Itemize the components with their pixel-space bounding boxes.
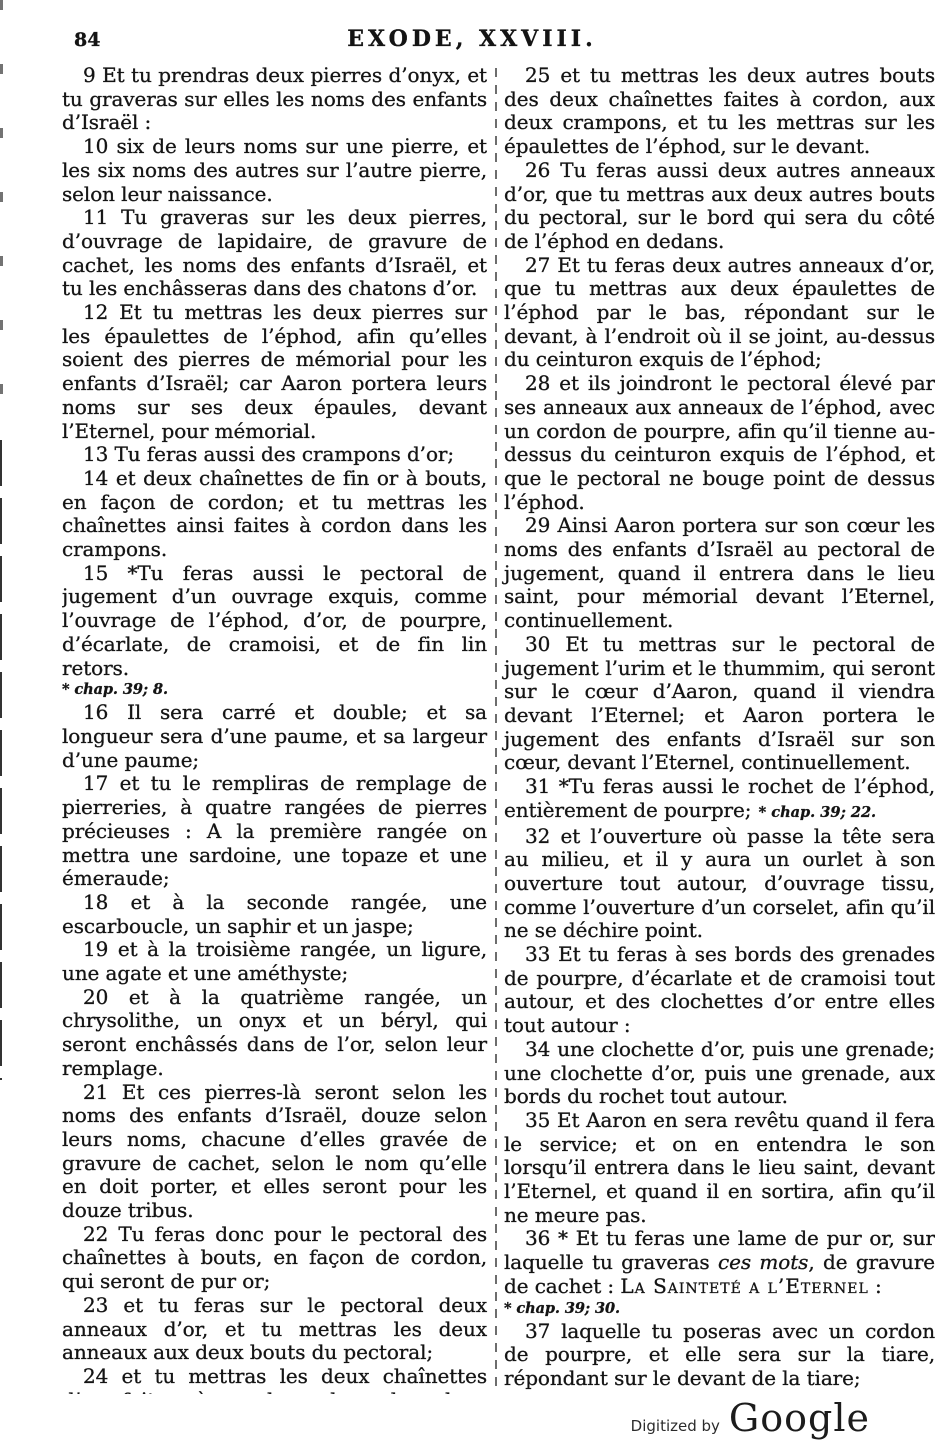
digitized-footer: Digitized by Google [631,1399,870,1437]
verse-number: 23 [83,1293,108,1317]
verse-number: 31 [525,774,550,798]
verse-number: 26 [525,158,550,182]
verse-number: 14 [83,466,108,490]
book-page: 84 EXODE, XXVIII. 9 Et tu prendras deux … [0,0,944,1447]
scan-edge-artifact-top [0,0,3,440]
digitized-by-label: Digitized by [631,1417,720,1435]
verse-text: ces mots [718,1250,808,1274]
verse-37: 37 laquelle tu poseras avec un cordon de… [504,1320,935,1391]
verse-number: 37 [525,1319,550,1343]
verse-21: 21 Et ces pierres-là seront selon les no… [62,1081,487,1223]
verse-16: 16 Il sera carré et double; et sa longue… [62,701,487,772]
verse-number: 30 [525,632,550,656]
verse-number: 19 [83,937,108,961]
verse-number: 35 [525,1108,550,1132]
verse-text: Et tu mettras les deux pierres sur les é… [62,300,487,443]
verse-number: 36 [525,1226,550,1250]
verse-text: Tu feras donc pour le pectoral des chaîn… [62,1222,487,1293]
verse-text: et à la troisième rangée, un ligure, une… [62,937,487,985]
verse-text: Et Aaron en sera revêtu quand il fera le… [504,1108,935,1227]
verse-text: Tu feras aussi des crampons d’or; [115,442,454,466]
verse-text: Et tu mettras sur le pectoral de jugemen… [504,632,935,775]
verse-text: six de leurs noms sur une pierre, et les… [62,134,487,205]
verse-number: 27 [525,253,550,277]
verse-28: 28 et ils joindront le pectoral élevé pa… [504,372,935,514]
verse-text: *Tu feras aussi le pectoral de jugement … [62,561,487,680]
text-columns: 9 Et tu prendras deux pierres d’onyx, et… [62,64,935,1394]
verse-10: 10 six de leurs noms sur une pierre, et … [62,135,487,206]
verse-33: 33 Et tu feras à ses bords des grenades … [504,943,935,1038]
verse-text: : [869,1274,882,1298]
verse-text: Et tu prendras deux pierres d’onyx, et t… [62,64,487,134]
google-watermark: Google [729,1399,870,1437]
verse-number: 17 [83,771,108,795]
verse-12: 12 Et tu mettras les deux pierres sur le… [62,301,487,443]
verse-25: 25 et tu mettras les deux autres bouts d… [504,64,935,159]
verse-text: et ils joindront le pectoral élevé par s… [504,371,935,514]
verse-18: 18 et à la seconde rangée, une escarbouc… [62,891,487,938]
verse-number: 20 [83,985,108,1009]
verse-text: Tu graveras sur les deux pierres, d’ouvr… [62,205,487,300]
column-divider [495,68,497,1394]
verse-15: 15 *Tu feras aussi le pectoral de jugeme… [62,562,487,681]
verse-text: Et tu feras deux autres anneaux d’or, qu… [504,253,935,372]
verse-24: 24 et tu mettras les deux chaînettes d’o… [62,1365,487,1394]
scan-edge-artifact-bottom [0,440,2,1080]
verse-23: 23 et tu feras sur le pectoral deux anne… [62,1294,487,1365]
verse-32: 32 et l’ouverture où passe la tête sera … [504,825,935,944]
cross-reference-footnote: * chap. 39; 30. [504,1299,935,1318]
verse-text: une clochette d’or, puis une grenade; un… [504,1037,935,1108]
verse-29: 29 Ainsi Aaron portera sur son cœur les … [504,514,935,633]
verse-22: 22 Tu feras donc pour le pectoral des ch… [62,1223,487,1294]
verse-text: et tu mettras les deux autres bouts des … [504,64,935,158]
verse-text: et tu feras sur le pectoral deux anneaux… [62,1293,487,1364]
verse-31: 31 *Tu feras aussi le rochet de l’éphod,… [504,775,935,824]
verse-number: 13 [83,442,108,466]
verse-30: 30 Et tu mettras sur le pectoral de juge… [504,633,935,775]
verse-text: et deux chaînettes de fin or à bouts, en… [62,466,487,561]
verse-27: 27 Et tu feras deux autres anneaux d’or,… [504,254,935,373]
verse-text: et à la seconde rangée, une escarboucle,… [62,890,487,938]
verse-text: et tu mettras les deux chaînettes d’or f… [62,1364,487,1394]
verse-17: 17 et tu le rempliras de remplage de pie… [62,772,487,891]
verse-34: 34 une clochette d’or, puis une grenade;… [504,1038,935,1109]
verse-36: 36 * Et tu feras une lame de pur or, sur… [504,1227,935,1298]
verse-text: laquelle tu poseras avec un cordon de po… [504,1319,935,1390]
verse-text: Ainsi Aaron portera sur son cœur les nom… [504,513,935,632]
verse-number: 29 [525,513,550,537]
verse-number: 24 [83,1364,108,1388]
left-column: 9 Et tu prendras deux pierres d’onyx, et… [62,64,487,1394]
verse-11: 11 Tu graveras sur les deux pierres, d’o… [62,206,487,301]
verse-text: et tu le rempliras de remplage de pierre… [62,771,487,890]
verse-text: Il sera carré et double; et sa longueur … [62,700,487,771]
right-column: 25 et tu mettras les deux autres bouts d… [504,64,935,1394]
verse-number: 33 [525,942,550,966]
verse-19: 19 et à la troisième rangée, un ligure, … [62,938,487,985]
verse-14: 14 et deux chaînettes de fin or à bouts,… [62,467,487,562]
verse-number: 15 [83,561,108,585]
verse-number: 10 [83,134,108,158]
verse-text: Et ces pierres-là seront selon les noms … [62,1080,487,1223]
verse-number: 34 [525,1037,550,1061]
verse-number: 11 [83,205,108,229]
verse-number: 18 [83,890,108,914]
verse-text: Et tu feras à ses bords des grenades de … [504,942,935,1037]
verse-20: 20 et à la quatrième rangée, un chrysoli… [62,986,487,1081]
verse-number: 12 [83,300,108,324]
verse-number: 25 [525,64,550,87]
verse-number: 21 [83,1080,108,1104]
verse-9: 9 Et tu prendras deux pierres d’onyx, et… [62,64,487,135]
cross-reference-note: * chap. 39; 22. [751,804,876,821]
verse-number: 28 [525,371,550,395]
verse-number: 9 [83,64,96,87]
verse-number: 16 [83,700,108,724]
verse-text: et l’ouverture où passe la tête sera au … [504,824,935,943]
verse-13: 13 Tu feras aussi des crampons d’or; [62,443,487,467]
verse-26: 26 Tu feras aussi deux autres anneaux d’… [504,159,935,254]
verse-number: 22 [83,1222,108,1246]
verse-text: Tu feras aussi deux autres anneaux d’or,… [504,158,935,253]
verse-35: 35 Et Aaron en sera revêtu quand il fera… [504,1109,935,1228]
page-title: EXODE, XXVIII. [0,26,944,52]
cross-reference-footnote: * chap. 39; 8. [62,680,487,699]
verse-text: et à la quatrième rangée, un chrysolithe… [62,985,487,1080]
verse-text: La Sainteté a l’Eternel [620,1274,868,1298]
verse-number: 32 [525,824,550,848]
